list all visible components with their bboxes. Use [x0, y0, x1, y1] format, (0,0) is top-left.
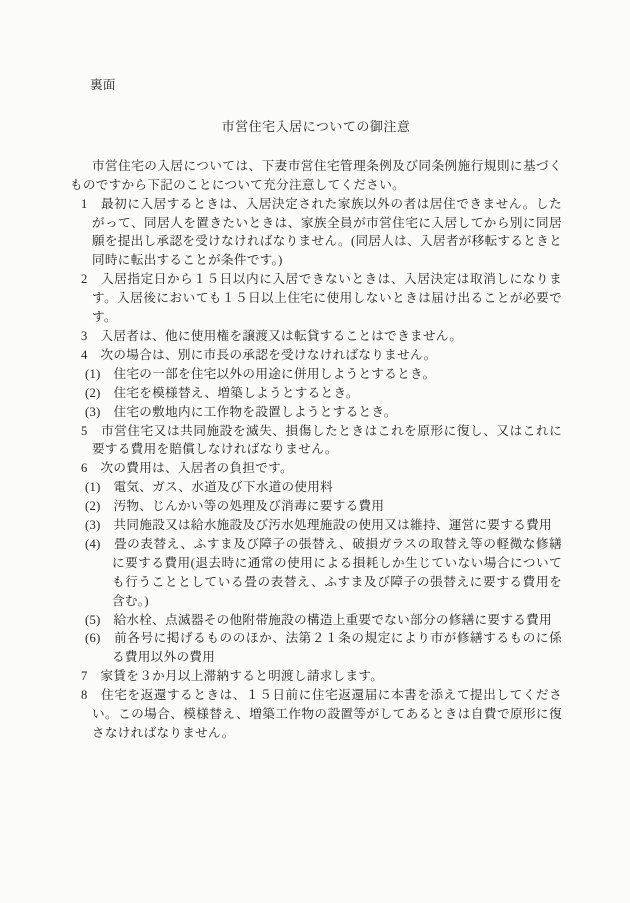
- sub-list-item: (3) 共同施設又は給水施設及び汚水処理施設の使用又は維持、運営に要する費用: [70, 516, 562, 535]
- item-text: 次の場合は、別に市長の承認を受けなければなりません。: [101, 348, 437, 362]
- subitem-number: (1): [85, 367, 101, 381]
- subitem-number: (6): [85, 631, 101, 645]
- item-text: 入居者は、他に使用権を譲渡又は転貸することはできません。: [101, 329, 463, 343]
- item-number: 8: [81, 688, 88, 702]
- item-text: 最初に入居するときは、入居決定された家族以外の者は居住できません。したがって、同…: [92, 197, 562, 268]
- item-number: 6: [81, 461, 88, 475]
- list-item: 2 入居指定日から１５日以内に入居できないときは、入居決定は取消しになります。入…: [70, 270, 562, 327]
- list-item: 6 次の費用は、入居者の負担です。: [70, 459, 562, 478]
- list-item: 8 住宅を返還するときは、１５日前に住宅返還届に本書を添えて提出してください。こ…: [70, 686, 562, 743]
- subitem-text: 給水栓、点滅器その他附帯施設の構造上重要でない部分の修繕に要する費用: [114, 613, 552, 627]
- list-item: 7 家賃を３か月以上滞納すると明渡し請求します。: [70, 667, 562, 686]
- list-item: 1 最初に入居するときは、入居決定された家族以外の者は居住できません。したがって…: [70, 195, 562, 271]
- item-number: 1: [81, 197, 88, 211]
- sub-list-item: (3) 住宅の敷地内に工作物を設置しようとするとき。: [70, 403, 562, 422]
- intro-paragraph: 市営住宅の入居については、下妻市営住宅管理条例及び同条例施行規則に基づくものです…: [70, 157, 562, 195]
- sub-list-item: (1) 電気、ガス、水道及び下水道の使用料: [70, 478, 562, 497]
- item-text: 市営住宅又は共同施設を滅失、損傷したときはこれを原形に復し、又はこれに要する費用…: [92, 424, 562, 457]
- subitem-text: 電気、ガス、水道及び下水道の使用料: [114, 480, 334, 494]
- item-text: 住宅を返還するときは、１５日前に住宅返還届に本書を添えて提出してください。この場…: [92, 688, 562, 740]
- item-number: 4: [81, 348, 88, 362]
- list-item: 4 次の場合は、別に市長の承認を受けなければなりません。: [70, 346, 562, 365]
- subitem-text: 前各号に掲げるもののほか、法第２１条の規定により市が修繕するものに係る費用以外の…: [112, 631, 562, 664]
- sub-list-item: (5) 給水栓、点滅器その他附帯施設の構造上重要でない部分の修繕に要する費用: [70, 611, 562, 630]
- subitem-number: (4): [85, 537, 101, 551]
- page-side-label: 裏面: [70, 76, 562, 95]
- item-number: 7: [81, 669, 88, 683]
- subitem-text: 畳の表替え、ふすま及び障子の張替え、破損ガラスの取替え等の軽微な修繕に要する費用…: [112, 537, 562, 608]
- subitem-text: 汚物、じんかい等の処理及び消毒に要する費用: [114, 499, 385, 513]
- sub-list-item: (2) 汚物、じんかい等の処理及び消毒に要する費用: [70, 497, 562, 516]
- document-content: 裏面 市営住宅入居についての御注意 市営住宅の入居については、下妻市営住宅管理条…: [70, 76, 562, 743]
- subitem-number: (1): [85, 480, 101, 494]
- notice-list: 1 最初に入居するときは、入居決定された家族以外の者は居住できません。したがって…: [70, 195, 562, 743]
- subitem-number: (3): [85, 518, 101, 532]
- item-text: 入居指定日から１５日以内に入居できないときは、入居決定は取消しになります。入居後…: [92, 272, 562, 324]
- document-page: 裏面 市営住宅入居についての御注意 市営住宅の入居については、下妻市営住宅管理条…: [0, 0, 630, 903]
- item-text: 家賃を３か月以上滞納すると明渡し請求します。: [101, 669, 384, 683]
- sub-list-item: (6) 前各号に掲げるもののほか、法第２１条の規定により市が修繕するものに係る費…: [70, 629, 562, 667]
- subitem-number: (5): [85, 613, 101, 627]
- item-number: 3: [81, 329, 88, 343]
- subitem-text: 共同施設又は給水施設及び汚水処理施設の使用又は維持、運営に要する費用: [114, 518, 552, 532]
- list-item: 3 入居者は、他に使用権を譲渡又は転貸することはできません。: [70, 327, 562, 346]
- subitem-number: (2): [85, 499, 101, 513]
- subitem-number: (3): [85, 405, 101, 419]
- page-title: 市営住宅入居についての御注意: [70, 118, 562, 137]
- list-item: 5 市営住宅又は共同施設を滅失、損傷したときはこれを原形に復し、又はこれに要する…: [70, 422, 562, 460]
- sub-list-item: (4) 畳の表替え、ふすま及び障子の張替え、破損ガラスの取替え等の軽微な修繕に要…: [70, 535, 562, 611]
- item-number: 2: [81, 272, 88, 286]
- subitem-number: (2): [85, 386, 101, 400]
- item-number: 5: [81, 424, 88, 438]
- subitem-text: 住宅を模様替え、増築しようとするとき。: [114, 386, 359, 400]
- subitem-text: 住宅の敷地内に工作物を設置しようとするとき。: [114, 405, 397, 419]
- subitem-text: 住宅の一部を住宅以外の用途に併用しようとするとき。: [114, 367, 436, 381]
- item-text: 次の費用は、入居者の負担です。: [101, 461, 293, 475]
- sub-list-item: (2) 住宅を模様替え、増築しようとするとき。: [70, 384, 562, 403]
- sub-list-item: (1) 住宅の一部を住宅以外の用途に併用しようとするとき。: [70, 365, 562, 384]
